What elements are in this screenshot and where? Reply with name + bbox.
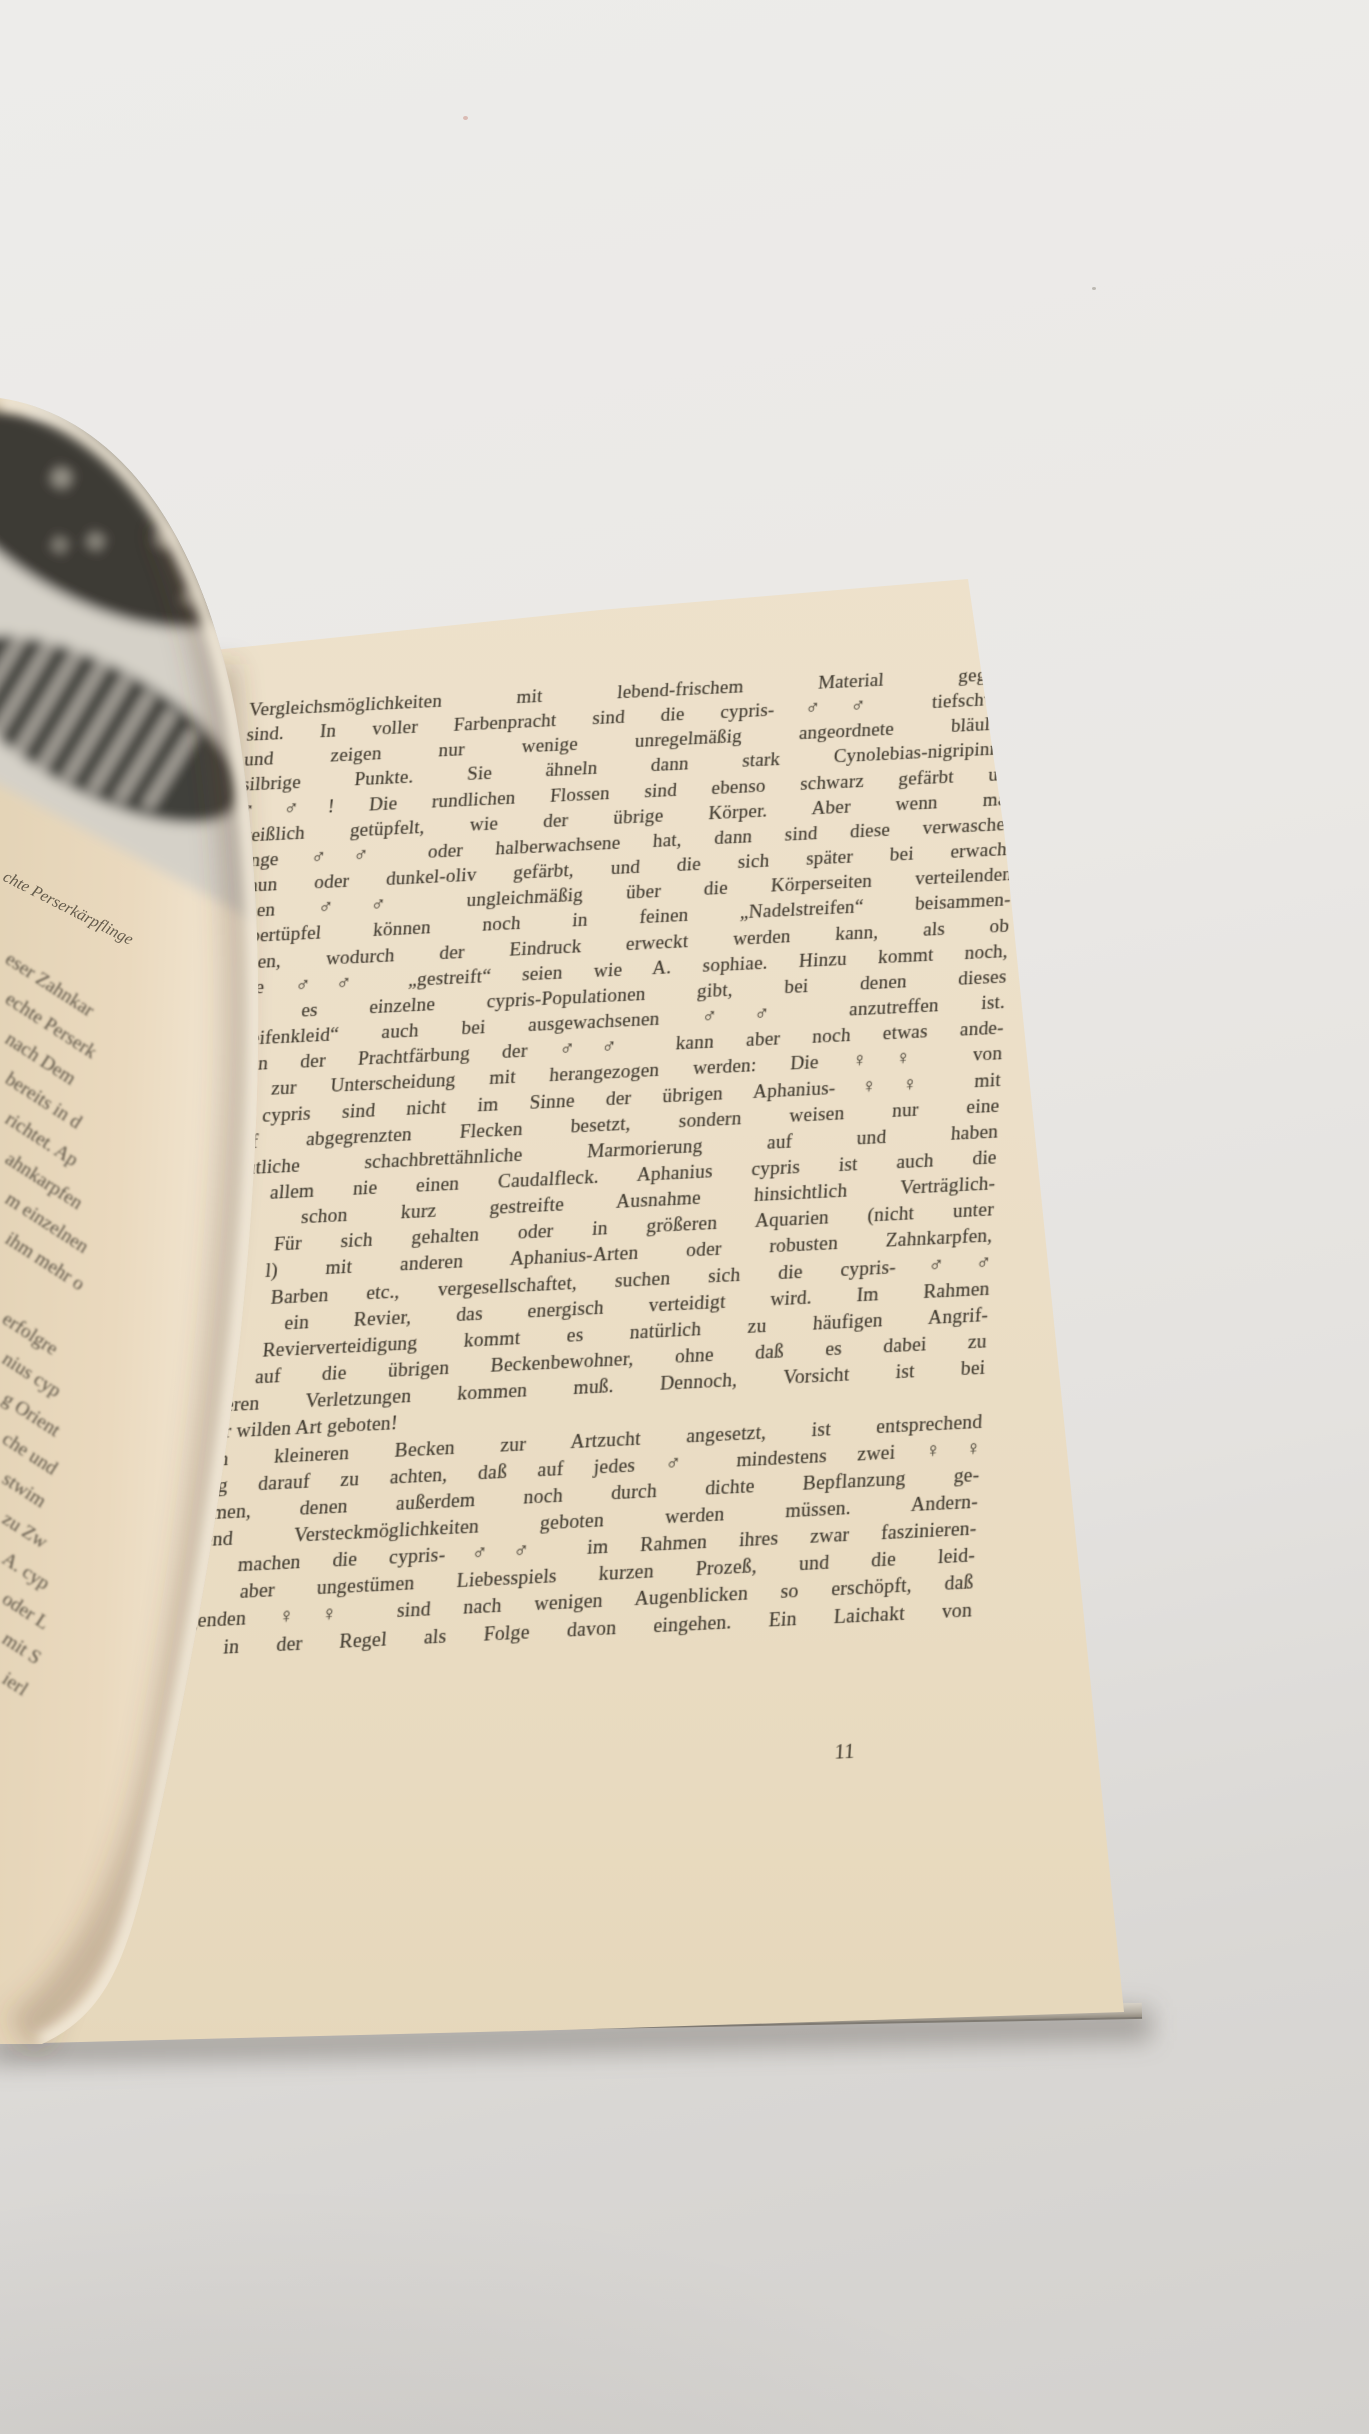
photo-fish-top [0,52,296,412]
left-page: chte Perserkärpflinge eser Zahnkarechte … [0,0,420,2434]
dust-speck [1092,287,1096,290]
dust-speck [463,116,468,120]
book-photo-scene: Vergleichsmöglichkeiten mit lebend-frisc… [0,0,1369,2434]
